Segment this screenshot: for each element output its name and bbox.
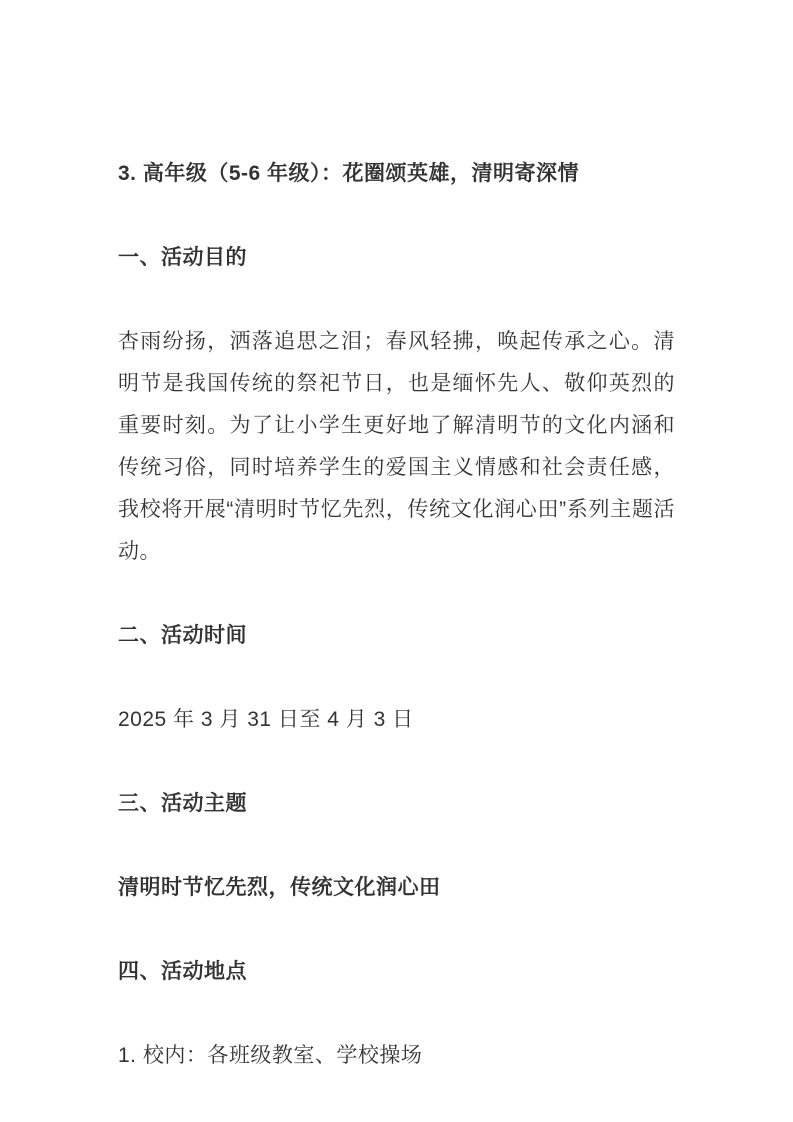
section-heading-location: 四、活动地点 bbox=[118, 951, 675, 993]
document-page: 3. 高年级（5-6 年级）：花圈颂英雄，清明寄深情 一、活动目的 杏雨纷扬，洒… bbox=[0, 0, 793, 1122]
section-body-time: 2025 年 3 月 31 日至 4 月 3 日 bbox=[118, 699, 675, 741]
section-body-purpose: 杏雨纷扬，洒落追思之泪；春风轻拂，唤起传承之心。清明节是我国传统的祭祀节日，也是… bbox=[118, 321, 675, 573]
section-heading-time: 二、活动时间 bbox=[118, 615, 675, 657]
section-body-theme: 清明时节忆先烈，传统文化润心田 bbox=[118, 867, 675, 909]
section-body-location: 1. 校内：各班级教室、学校操场 bbox=[118, 1035, 675, 1077]
section-heading-purpose: 一、活动目的 bbox=[118, 237, 675, 279]
document-title: 3. 高年级（5-6 年级）：花圈颂英雄，清明寄深情 bbox=[118, 153, 675, 195]
section-heading-theme: 三、活动主题 bbox=[118, 783, 675, 825]
